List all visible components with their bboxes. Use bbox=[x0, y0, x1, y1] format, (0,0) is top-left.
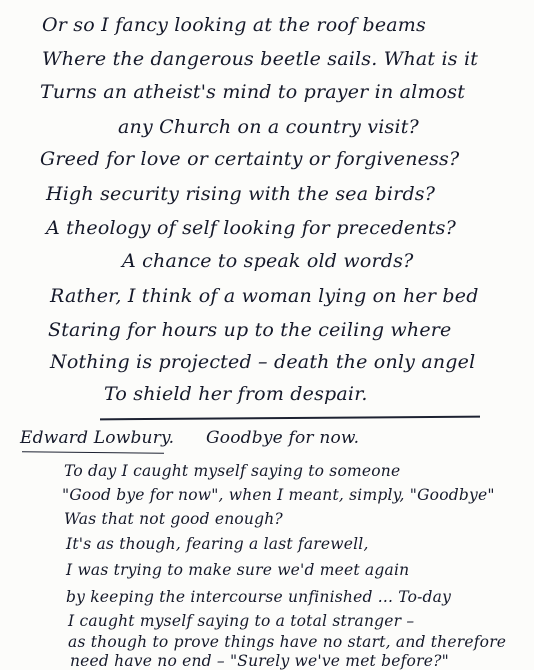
manuscript-page: Or so I fancy looking at the roof beams … bbox=[0, 0, 534, 670]
poem-line: A theology of self looking for precedent… bbox=[46, 217, 456, 239]
poem-line: Or so I fancy looking at the roof beams bbox=[42, 14, 426, 36]
poem-line: Turns an atheist's mind to prayer in alm… bbox=[40, 81, 465, 103]
poem-line: any Church on a country visit? bbox=[118, 116, 419, 138]
poem-line: by keeping the intercourse unfinished ..… bbox=[66, 588, 451, 606]
poem-line: Staring for hours up to the ceiling wher… bbox=[48, 319, 452, 341]
poem-line: Nothing is projected – death the only an… bbox=[50, 351, 475, 373]
poem-line: Rather, I think of a woman lying on her … bbox=[50, 285, 479, 307]
author-underline bbox=[22, 451, 164, 454]
poem-author: Edward Lowbury. bbox=[20, 428, 174, 448]
poem-line: I was trying to make sure we'd meet agai… bbox=[66, 561, 409, 579]
poem-line: "Good bye for now", when I meant, simply… bbox=[62, 486, 495, 504]
poem-line: need have no end – "Surely we've met bef… bbox=[70, 652, 449, 670]
poem-line: To shield her from despair. bbox=[104, 383, 368, 405]
poem-line: It's as though, fearing a last farewell, bbox=[66, 535, 369, 553]
poem-line: as though to prove things have no start,… bbox=[68, 633, 506, 651]
poem-line: High security rising with the sea birds? bbox=[46, 183, 435, 205]
poem-line: To day I caught myself saying to someone bbox=[64, 462, 400, 480]
poem-line: A chance to speak old words? bbox=[122, 250, 413, 272]
section-divider bbox=[100, 416, 480, 420]
poem-line: Where the dangerous beetle sails. What i… bbox=[42, 48, 478, 70]
poem-title: Goodbye for now. bbox=[206, 428, 359, 448]
poem-line: Was that not good enough? bbox=[64, 510, 283, 528]
poem-line: Greed for love or certainty or forgivene… bbox=[40, 148, 459, 170]
poem-line: I caught myself saying to a total strang… bbox=[68, 612, 414, 630]
